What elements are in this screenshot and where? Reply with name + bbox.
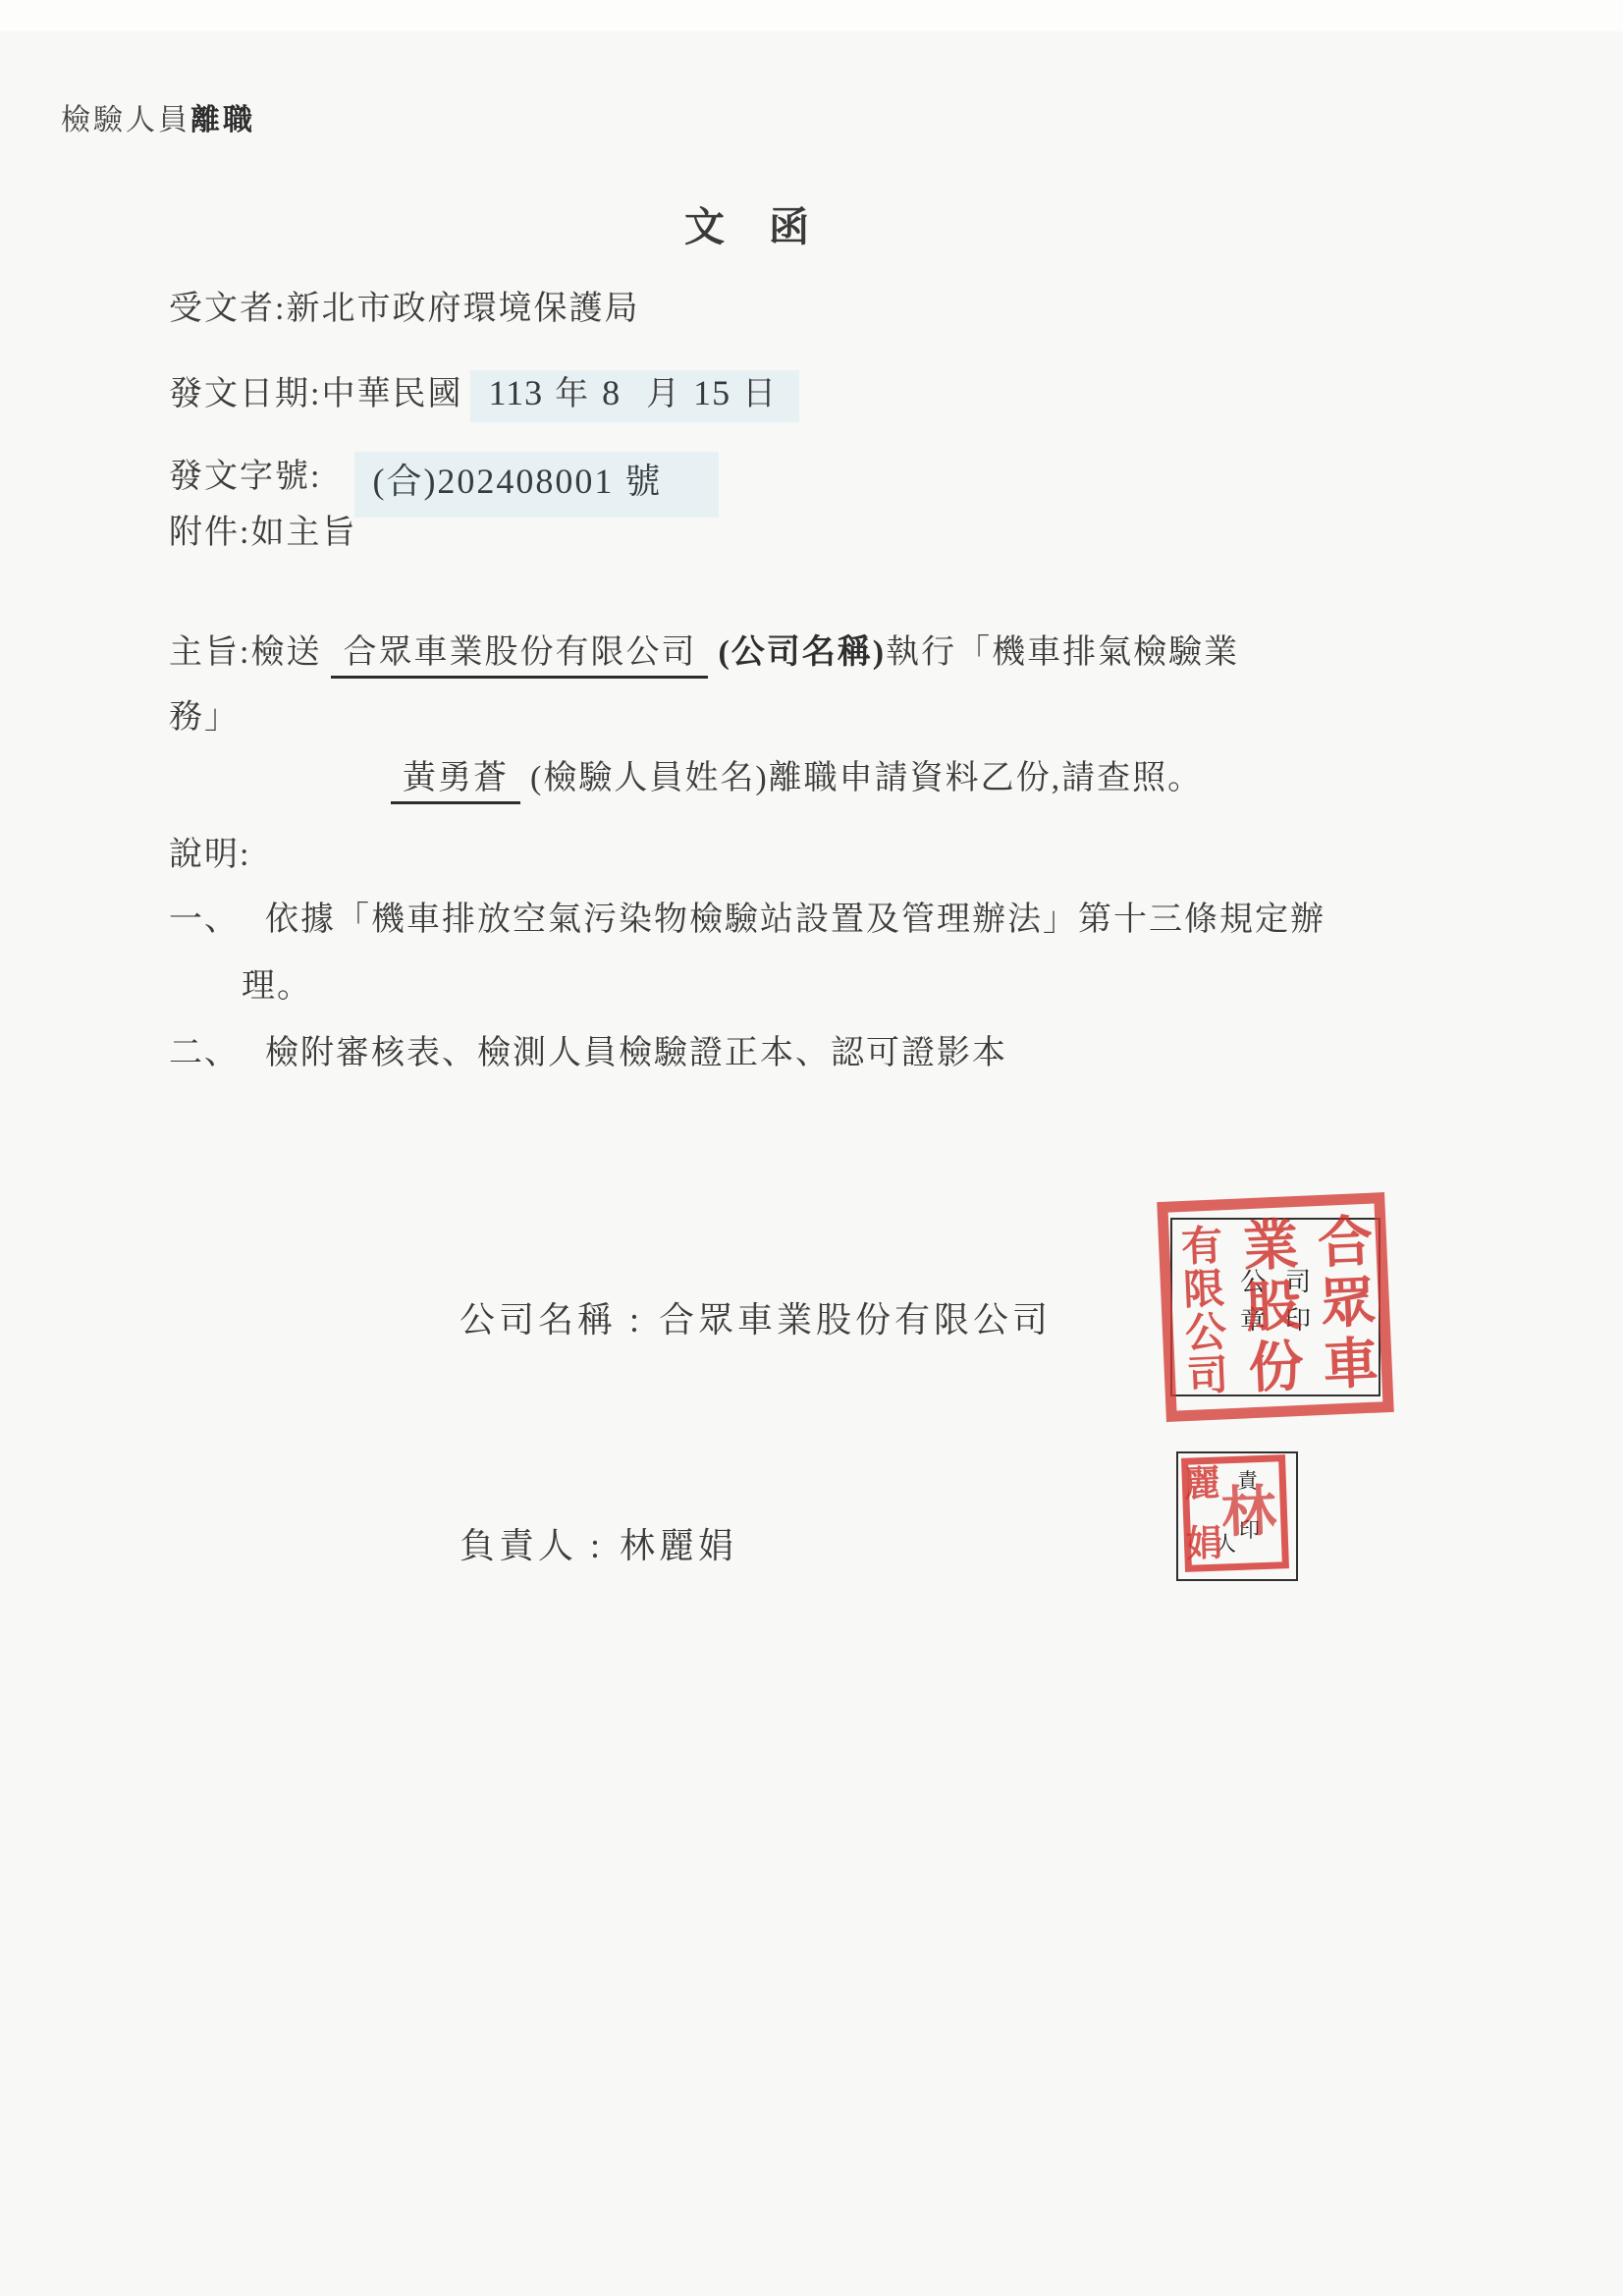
item-1-number: 一、 (169, 902, 240, 938)
date-label: 發文日期: (169, 376, 321, 412)
date-value-field: 113年8月15日 (470, 370, 799, 422)
doc-number-value-field: (合)202408001 號 (354, 452, 719, 518)
date-month: 8 (602, 373, 621, 412)
signature-owner-label: 負責人 : (460, 1526, 604, 1565)
subject-tail: 執行「機車排氣檢驗業 (886, 634, 1239, 671)
signature-owner-value: 林麗娟 (620, 1526, 737, 1565)
attachment-line: 附件:如主旨 (169, 513, 356, 555)
item-1-text: 依據「機車排放空氣污染物檢驗站設置及管理辦法」第十三條規定辦 (265, 902, 1325, 938)
subject-line-2: 務」 (169, 697, 240, 739)
company-seal-column-middle: 業股份 (1237, 1215, 1300, 1399)
subject-line-1: 主旨:檢送合眾車業股份有限公司(公司名稱)執行「機車排氣檢驗業 (169, 632, 1239, 675)
owner-seal-stamp: 林 麗 娟 (1181, 1454, 1289, 1572)
explanation-item-2: 二、檢附審核表、檢測人員檢驗證正本、認可證影本 (169, 1033, 1007, 1075)
explanation-item-1-wrap: 理。 (242, 966, 312, 1009)
date-era: 中華民國 (321, 376, 462, 412)
issue-date-line: 發文日期:中華民國113年8月15日 (169, 371, 799, 416)
company-seal-stamp: 合眾車 業股份 有限公司 (1157, 1192, 1394, 1422)
doc-number-line: 發文字號:(合)202408001 號 (169, 446, 719, 512)
owner-seal-left-column: 麗 娟 (1183, 1466, 1222, 1563)
company-seal-column-right: 合眾車 (1312, 1212, 1375, 1396)
explanation-heading: 說明: (169, 835, 250, 877)
date-day-unit: 日 (742, 376, 778, 412)
date-month-unit: 月 (646, 376, 681, 412)
attachment-value: 如主旨 (250, 515, 356, 551)
subject-label: 主旨: (169, 634, 250, 671)
item-2-text: 檢附審核表、檢測人員檢驗證正本、認可證影本 (265, 1035, 1007, 1071)
date-year: 113 (488, 373, 543, 412)
recipient-line: 受文者:新北市政府環境保護局 (169, 289, 639, 331)
date-year-unit: 年 (555, 376, 590, 412)
doc-number-label: 發文字號: (169, 459, 321, 495)
recipient-value: 新北市政府環境保護局 (286, 291, 639, 327)
explanation-item-1: 一、依據「機車排放空氣污染物檢驗站設置及管理辦法」第十三條規定辦 (169, 900, 1325, 942)
owner-seal-char-left-top: 麗 (1183, 1466, 1220, 1503)
company-seal-column-left: 有限公司 (1176, 1223, 1225, 1397)
subject-line-3: 黃勇蒼(檢驗人員姓名)離職申請資料乙份,請查照。 (381, 758, 1203, 800)
signature-company-value: 合眾車業股份有限公司 (659, 1300, 1052, 1339)
subject-lead: 檢送 (250, 634, 321, 671)
signature-owner-line: 負責人 :林麗娟 (460, 1524, 737, 1568)
subject-person-note: (檢驗人員姓名) (530, 760, 769, 796)
corner-label-text: 檢驗人員 (61, 104, 190, 137)
signature-company-line: 公司名稱 :合眾車業股份有限公司 (460, 1298, 1052, 1342)
owner-seal-char-left-bottom: 娟 (1185, 1525, 1222, 1562)
attachment-label: 附件: (169, 515, 250, 551)
scan-edge-strip (0, 0, 1623, 31)
date-day: 15 (693, 373, 730, 412)
subject-person-tail: 離職申請資料乙份,請查照。 (769, 760, 1204, 796)
item-2-number: 二、 (169, 1035, 240, 1071)
owner-seal-char-right: 林 (1219, 1464, 1277, 1562)
page-title: 文 函 (684, 202, 811, 252)
subject-company-name: 合眾車業股份有限公司 (331, 634, 708, 679)
recipient-label: 受文者: (169, 291, 286, 327)
corner-label: 檢驗人員離職 (61, 102, 255, 139)
corner-label-text-bold: 離職 (190, 104, 255, 137)
subject-company-note: (公司名稱) (718, 634, 886, 671)
signature-company-label: 公司名稱 : (460, 1300, 643, 1339)
scanned-letter-page: 檢驗人員離職 文 函 受文者:新北市政府環境保護局 發文日期:中華民國113年8… (0, 0, 1623, 2296)
subject-person-name: 黃勇蒼 (391, 760, 520, 804)
